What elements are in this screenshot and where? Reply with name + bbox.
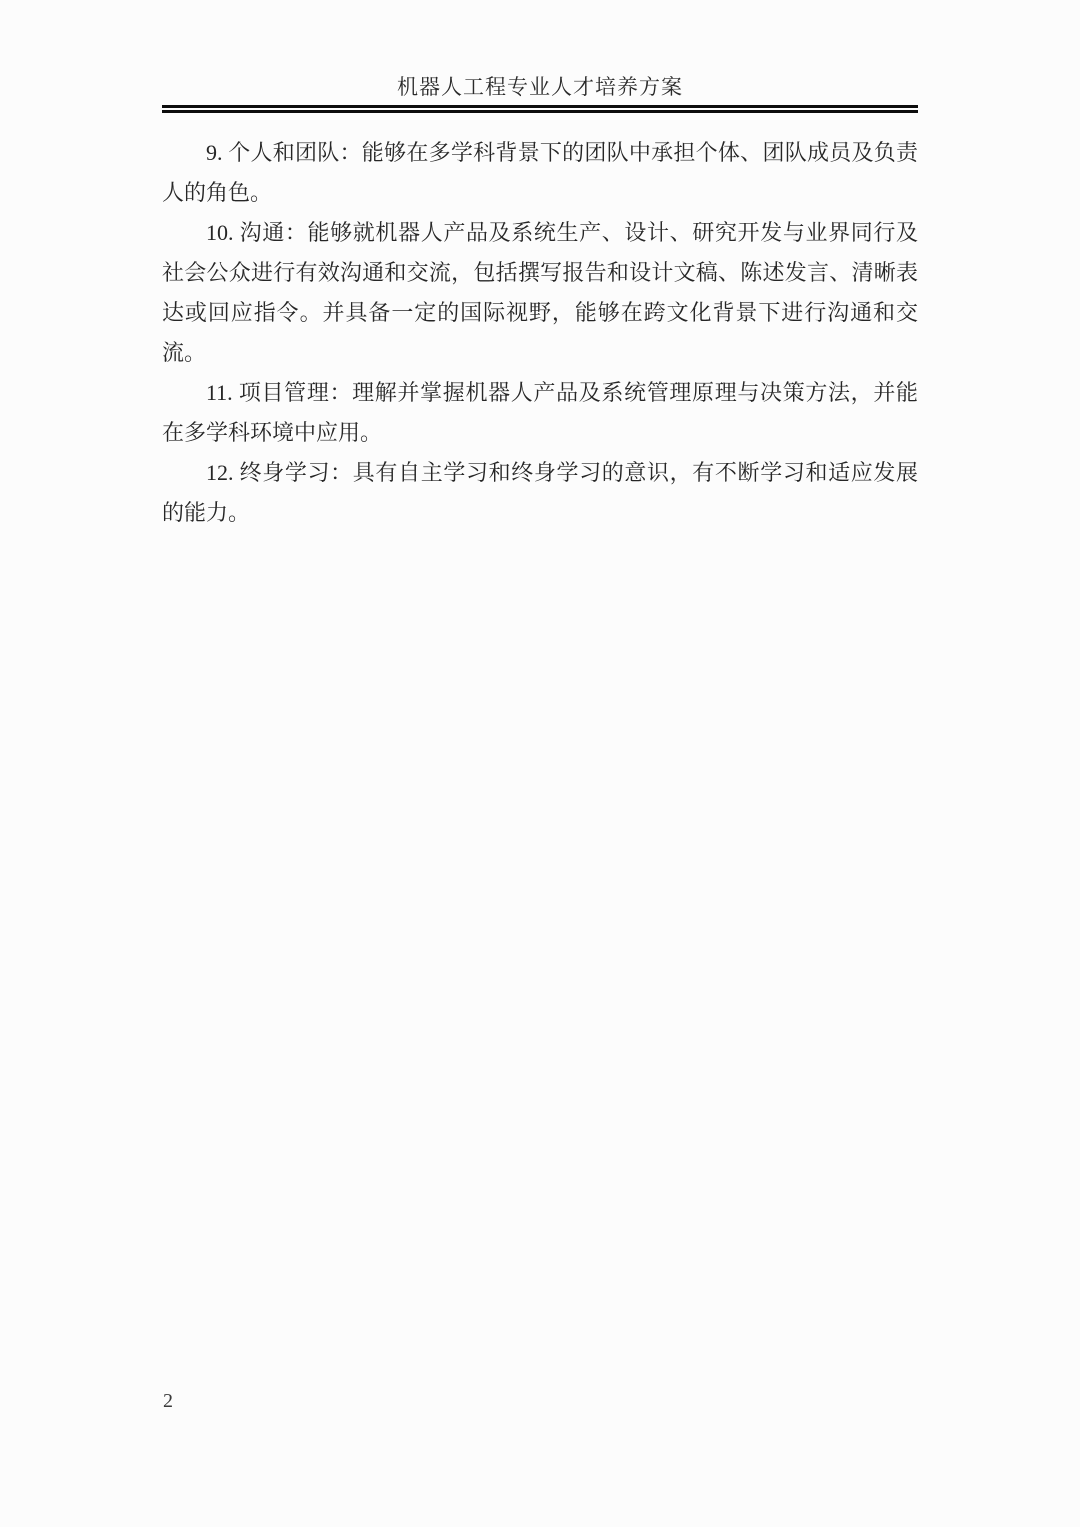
paragraph-item-9: 9. 个人和团队：能够在多学科背景下的团队中承担个体、团队成员及负责人的角色。	[162, 133, 918, 213]
header-title: 机器人工程专业人才培养方案	[162, 74, 918, 100]
page-number: 2	[163, 1388, 173, 1414]
header-double-rule	[162, 105, 918, 113]
paragraph-item-11: 11. 项目管理：理解并掌握机器人产品及系统管理原理与决策方法，并能在多学科环境…	[162, 373, 918, 453]
paragraph-item-10: 10. 沟通：能够就机器人产品及系统生产、设计、研究开发与业界同行及社会公众进行…	[162, 213, 918, 373]
page-header: 机器人工程专业人才培养方案	[162, 0, 918, 113]
paragraph-item-12: 12. 终身学习：具有自主学习和终身学习的意识，有不断学习和适应发展的能力。	[162, 453, 918, 533]
document-body: 9. 个人和团队：能够在多学科背景下的团队中承担个体、团队成员及负责人的角色。 …	[162, 133, 918, 533]
document-page: 机器人工程专业人才培养方案 9. 个人和团队：能够在多学科背景下的团队中承担个体…	[0, 0, 1080, 1527]
